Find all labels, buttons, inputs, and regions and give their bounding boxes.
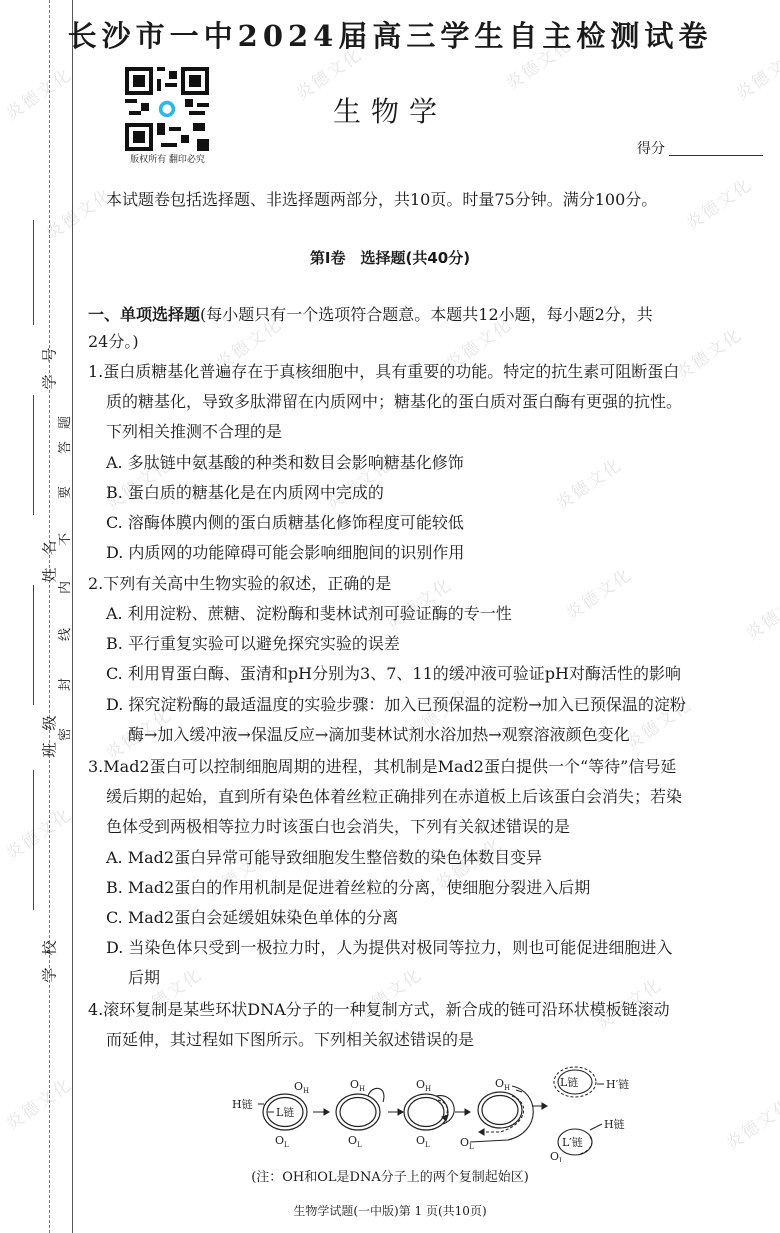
score-label: 得分: [637, 138, 665, 158]
label-h-chain-product: H链: [604, 1117, 625, 1131]
svg-text:OL: OL: [348, 1134, 362, 1149]
label-l-chain: L链: [276, 1105, 294, 1119]
option-2b[interactable]: B. 平行重复实验可以避免探究实验的误差: [106, 634, 400, 654]
section-title-text: 第Ⅰ卷 选择题(共40分): [310, 249, 470, 267]
seal-dotted-line: [49, 0, 50, 1233]
question-1: 1.蛋白质糖基化普遍存在于真核细胞中，具有重要的功能。特定的抗生素可阻断蛋白: [88, 362, 679, 382]
option-1b[interactable]: B. 蛋白质的糖基化是在内质网中完成的: [106, 483, 384, 503]
svg-text:OH: OH: [495, 1077, 510, 1092]
class-blank[interactable]: [33, 585, 34, 705]
subject-title: 生物学: [0, 90, 780, 130]
question-number: 2.: [88, 574, 103, 593]
watermark: 炎德文化: [560, 560, 637, 624]
score-blank[interactable]: [669, 155, 763, 156]
question-stem-line: 而延伸，其过程如下图所示。下列相关叙述错误的是: [106, 1030, 474, 1050]
option-3a[interactable]: A. Mad2蛋白异常可能导致细胞发生整倍数的染色体数目变异: [106, 848, 542, 868]
section-title: 第Ⅰ卷 选择题(共40分): [0, 247, 780, 268]
watermark: 炎德文化: [0, 1070, 76, 1134]
school-blank[interactable]: [33, 770, 34, 910]
question-stem-line: 下列相关推测不合理的是: [106, 422, 282, 442]
page-footer: 生物学试题(一中版)第 1 页(共10页): [0, 1202, 780, 1219]
question-3: 3.Mad2蛋白可以控制细胞周期的进程，其机制是Mad2蛋白提供一个“等待”信号…: [88, 757, 676, 777]
question-stem: Mad2蛋白可以控制细胞周期的进程，其机制是Mad2蛋白提供一个“等待”信号延: [103, 757, 676, 776]
option-3d[interactable]: D. 当染色体只受到一极拉力时，人为提供对极同等拉力，则也可能促进细胞进入: [106, 938, 672, 958]
label-h-prime-chain: H′链: [606, 1077, 629, 1091]
svg-text:OL: OL: [460, 1136, 474, 1151]
diagram-note: (注：OH和OL是DNA分子上的两个复制起始区): [0, 1166, 780, 1185]
rolling-circle-diagram: H链 L链 OH OL OH OL OH OL OH OL L链 H′链 H链 …: [230, 1062, 650, 1162]
seal-char: 封: [54, 678, 73, 691]
seal-char: 内: [54, 581, 73, 594]
question-stem-line: 色体受到两极相等拉力时该蛋白也会消失，下列有关叙述错误的是: [106, 817, 570, 837]
question-4: 4.滚环复制是某些环状DNA分子的一种复制方式，新合成的链可沿环状模板链滚动: [88, 1000, 670, 1020]
field-label-school: 学校: [39, 928, 60, 982]
question-2: 2.下列有关高中生物实验的叙述，正确的是: [88, 574, 391, 594]
svg-text:OH: OH: [416, 1078, 431, 1093]
label-l-prime-chain: L′链: [562, 1135, 583, 1149]
seal-char: 不: [54, 533, 73, 546]
question-stem: 下列有关高中生物实验的叙述，正确的是: [103, 574, 391, 593]
seal-char: 密: [54, 728, 73, 741]
exam-title: 长沙市一中2024届高三学生自主检测试卷: [0, 14, 780, 55]
student-id-blank[interactable]: [33, 220, 34, 325]
option-2c[interactable]: C. 利用胃蛋白酶、蛋清和pH分别为3、7、11的缓冲液可验证pH对酶活性的影响: [106, 664, 681, 684]
option-2a[interactable]: A. 利用淀粉、蔗糖、淀粉酶和斐林试剂可验证酶的专一性: [106, 604, 512, 624]
option-1a[interactable]: A. 多肽链中氨基酸的种类和数目会影响糖基化修饰: [106, 453, 464, 473]
seal-solid-line: [72, 0, 73, 1233]
name-blank[interactable]: [33, 395, 34, 515]
label-h-chain: H链: [232, 1097, 253, 1111]
part-heading: 一、单项选择题: [88, 305, 200, 324]
question-stem: 滚环复制是某些环状DNA分子的一种复制方式，新合成的链可沿环状模板链滚动: [103, 1000, 669, 1019]
option-3c[interactable]: C. Mad2蛋白会延缓姐妹染色单体的分离: [106, 908, 398, 928]
svg-text:OL: OL: [275, 1134, 289, 1149]
part-description-cont: 24分。): [88, 332, 139, 352]
svg-text:OL: OL: [416, 1134, 430, 1149]
option-3d-cont: 后期: [128, 968, 160, 988]
watermark: 炎德文化: [40, 180, 117, 244]
option-2d[interactable]: D. 探究淀粉酶的最适温度的实验步骤：加入已预保温的淀粉→加入已预保温的淀粉: [106, 695, 686, 715]
option-2d-cont: 酶→加入缓冲液→保温反应→滴加斐林试剂水浴加热→观察溶液颜色变化: [128, 725, 630, 745]
watermark: 炎德文化: [670, 320, 747, 384]
svg-text:OL: OL: [550, 1150, 564, 1162]
question-stem-line: 缓后期的起始，直到所有染色体着丝粒正确排列在赤道板上后该蛋白会消失；若染: [106, 787, 682, 807]
label-l-chain-product: L链: [560, 1075, 578, 1089]
field-label-student-id: 学号: [39, 335, 60, 389]
svg-text:OH: OH: [350, 1078, 365, 1093]
watermark: 炎德文化: [0, 800, 76, 864]
watermark: 炎德文化: [720, 1090, 780, 1154]
question-number: 3.: [88, 757, 103, 776]
seal-char: 要: [54, 486, 73, 499]
option-1c[interactable]: C. 溶酶体膜内侧的蛋白质糖基化修饰程度可能较低: [106, 513, 464, 533]
svg-text:OH: OH: [294, 1080, 309, 1095]
question-number: 4.: [88, 1000, 103, 1019]
qr-caption: 版权所有 翻印必究: [120, 152, 215, 165]
option-3b[interactable]: B. Mad2蛋白的作用机制是促进着丝粒的分离，使细胞分裂进入后期: [106, 878, 590, 898]
seal-char: 答: [54, 441, 73, 454]
watermark: 炎德文化: [740, 580, 780, 644]
question-stem: 蛋白质糖基化普遍存在于真核细胞中，具有重要的功能。特定的抗生素可阻断蛋白: [103, 362, 679, 381]
question-stem-line: 质的糖基化，导致多肽滞留在内质网中；糖基化的蛋白质对蛋白酶有更强的抗性。: [106, 392, 682, 412]
seal-char: 线: [54, 628, 73, 641]
question-number: 1.: [88, 362, 103, 381]
watermark: 炎德文化: [550, 450, 627, 514]
watermark: 炎德文化: [680, 170, 757, 234]
seal-char: 题: [54, 416, 73, 429]
intro-text: 本试题卷包括选择题、非选择题两部分，共10页。时量75分钟。满分100分。: [106, 190, 657, 210]
part-description: (每小题只有一个选项符合题意。本题共12小题，每小题2分，共: [200, 305, 653, 324]
option-1d[interactable]: D. 内质网的功能障碍可能会影响细胞间的识别作用: [106, 543, 464, 563]
part-heading-line: 一、单项选择题(每小题只有一个选项符合题意。本题共12小题，每小题2分，共: [88, 305, 653, 325]
